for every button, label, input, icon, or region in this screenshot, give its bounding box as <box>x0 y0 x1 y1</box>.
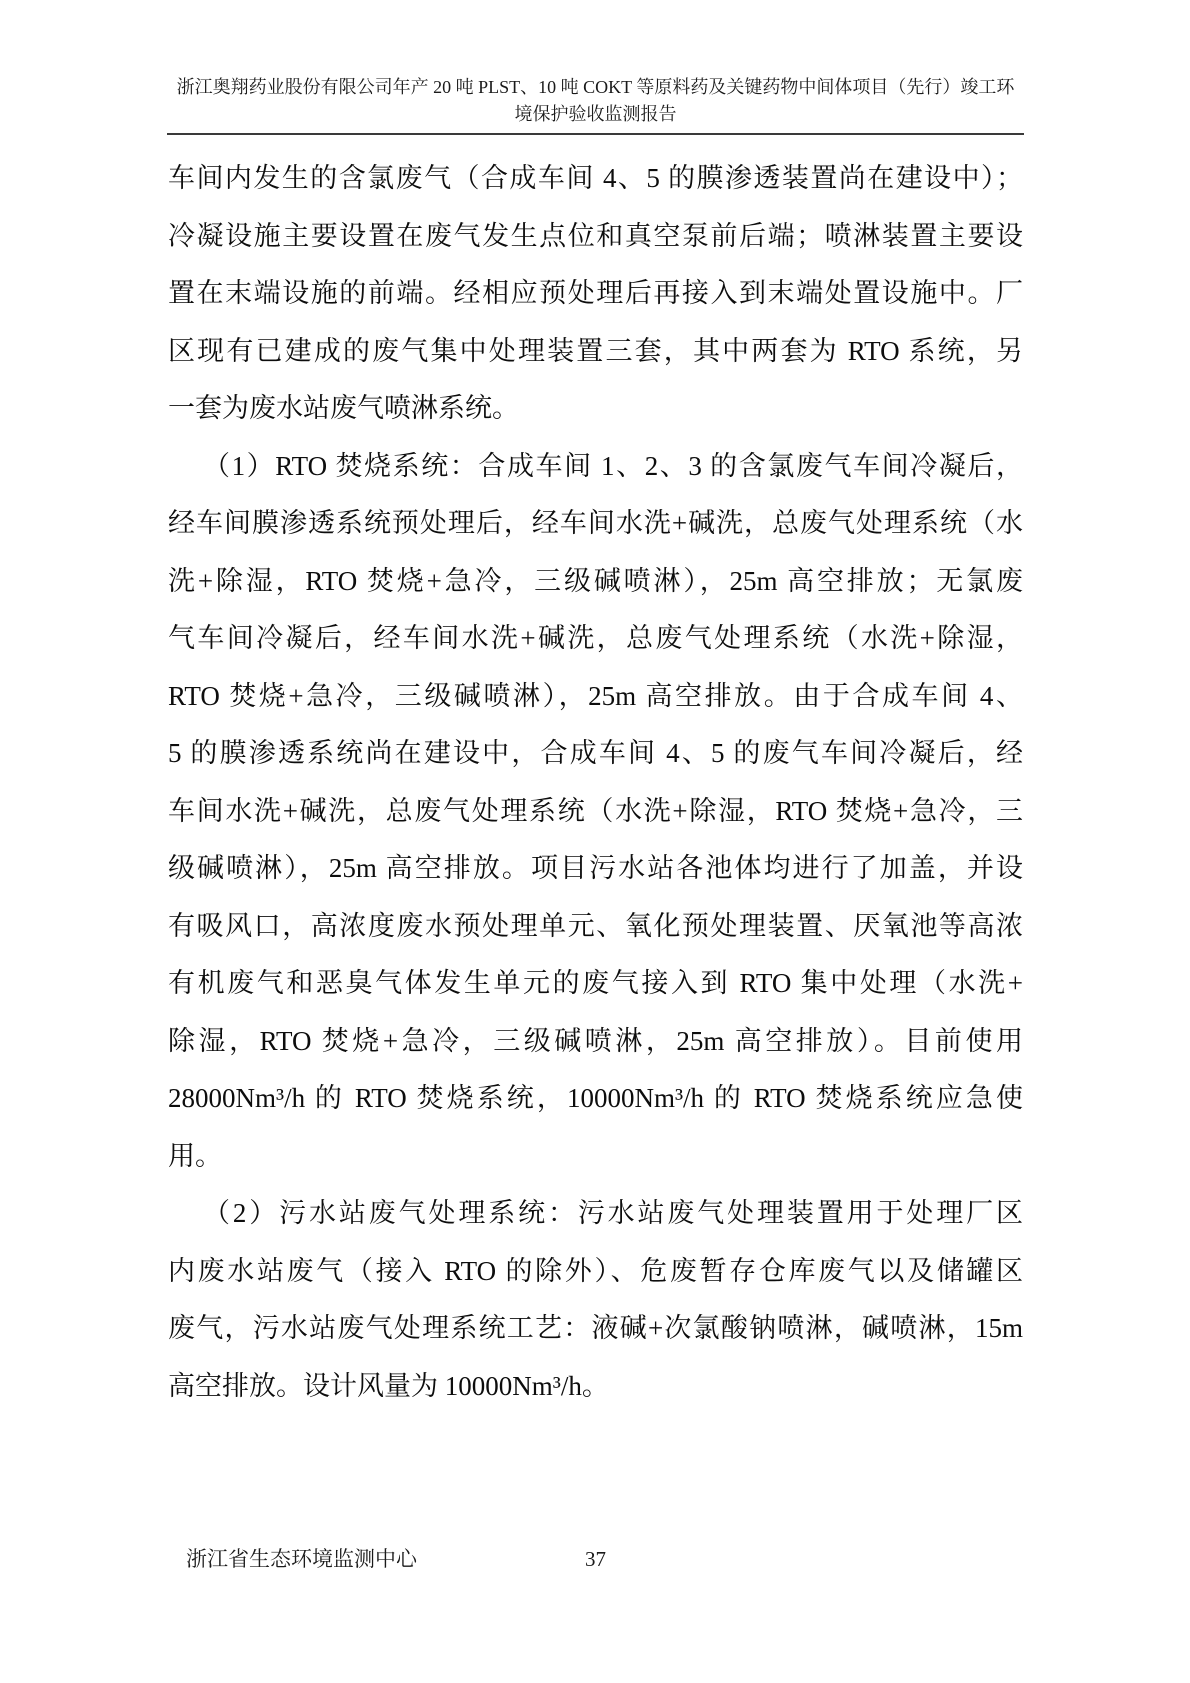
body-line: 置在末端设施的前端。经相应预处理后再接入到末端处置设施中。厂 <box>168 265 1023 323</box>
body-line: 有机废气和恶臭气体发生单元的废气接入到 RTO 集中处理（水洗+ <box>168 955 1023 1013</box>
body-line: 车间水洗+碱洗，总废气处理系统（水洗+除湿，RTO 焚烧+急冷，三 <box>168 783 1023 841</box>
footer-org: 浙江省生态环境监测中心 <box>186 1545 417 1573</box>
body-line: 5 的膜渗透系统尚在建设中，合成车间 4、5 的废气车间冷凝后，经 <box>168 725 1023 783</box>
body-line: 气车间冷凝后，经车间水洗+碱洗，总废气处理系统（水洗+除湿， <box>168 610 1023 668</box>
body-line: 一套为废水站废气喷淋系统。 <box>168 380 1023 438</box>
body-text: 车间内发生的含氯废气（合成车间 4、5 的膜渗透装置尚在建设中）； 冷凝设施主要… <box>168 150 1023 1415</box>
body-line: 28000Nm³/h 的 RTO 焚烧系统，10000Nm³/h 的 RTO 焚… <box>168 1070 1023 1128</box>
body-line: 除湿，RTO 焚烧+急冷，三级碱喷淋，25m 高空排放）。目前使用 <box>168 1013 1023 1071</box>
body-line: 有吸风口，高浓度废水预处理单元、氧化预处理装置、厌氧池等高浓 <box>168 898 1023 956</box>
body-line: 冷凝设施主要设置在废气发生点位和真空泵前后端；喷淋装置主要设 <box>168 208 1023 266</box>
body-line: 废气，污水站废气处理系统工艺：液碱+次氯酸钠喷淋，碱喷淋，15m <box>168 1300 1023 1358</box>
body-line: RTO 焚烧+急冷，三级碱喷淋），25m 高空排放。由于合成车间 4、 <box>168 668 1023 726</box>
body-line: 洗+除湿，RTO 焚烧+急冷，三级碱喷淋），25m 高空排放；无氯废 <box>168 553 1023 611</box>
body-line: 高空排放。设计风量为 10000Nm³/h。 <box>168 1358 1023 1416</box>
body-line: 用。 <box>168 1128 1023 1186</box>
header-title-line1: 浙江奥翔药业股份有限公司年产 20 吨 PLST、10 吨 COKT 等原料药及… <box>168 74 1023 101</box>
body-line: （1）RTO 焚烧系统：合成车间 1、2、3 的含氯废气车间冷凝后， <box>168 438 1023 496</box>
body-line: 区现有已建成的废气集中处理装置三套，其中两套为 RTO 系统，另 <box>168 323 1023 381</box>
body-line: 级碱喷淋），25m 高空排放。项目污水站各池体均进行了加盖，并设 <box>168 840 1023 898</box>
body-line: 内废水站废气（接入 RTO 的除外）、危废暂存仓库废气以及储罐区 <box>168 1243 1023 1301</box>
body-line: 车间内发生的含氯废气（合成车间 4、5 的膜渗透装置尚在建设中）； <box>168 150 1023 208</box>
body-line: （2）污水站废气处理系统：污水站废气处理装置用于处理厂区 <box>168 1185 1023 1243</box>
header-title-line2: 境保护验收监测报告 <box>168 101 1023 128</box>
body-line: 经车间膜渗透系统预处理后，经车间水洗+碱洗，总废气处理系统（水 <box>168 495 1023 553</box>
header-rule <box>167 133 1024 135</box>
document-page: 浙江奥翔药业股份有限公司年产 20 吨 PLST、10 吨 COKT 等原料药及… <box>0 0 1190 1683</box>
page-header: 浙江奥翔药业股份有限公司年产 20 吨 PLST、10 吨 COKT 等原料药及… <box>168 74 1023 128</box>
